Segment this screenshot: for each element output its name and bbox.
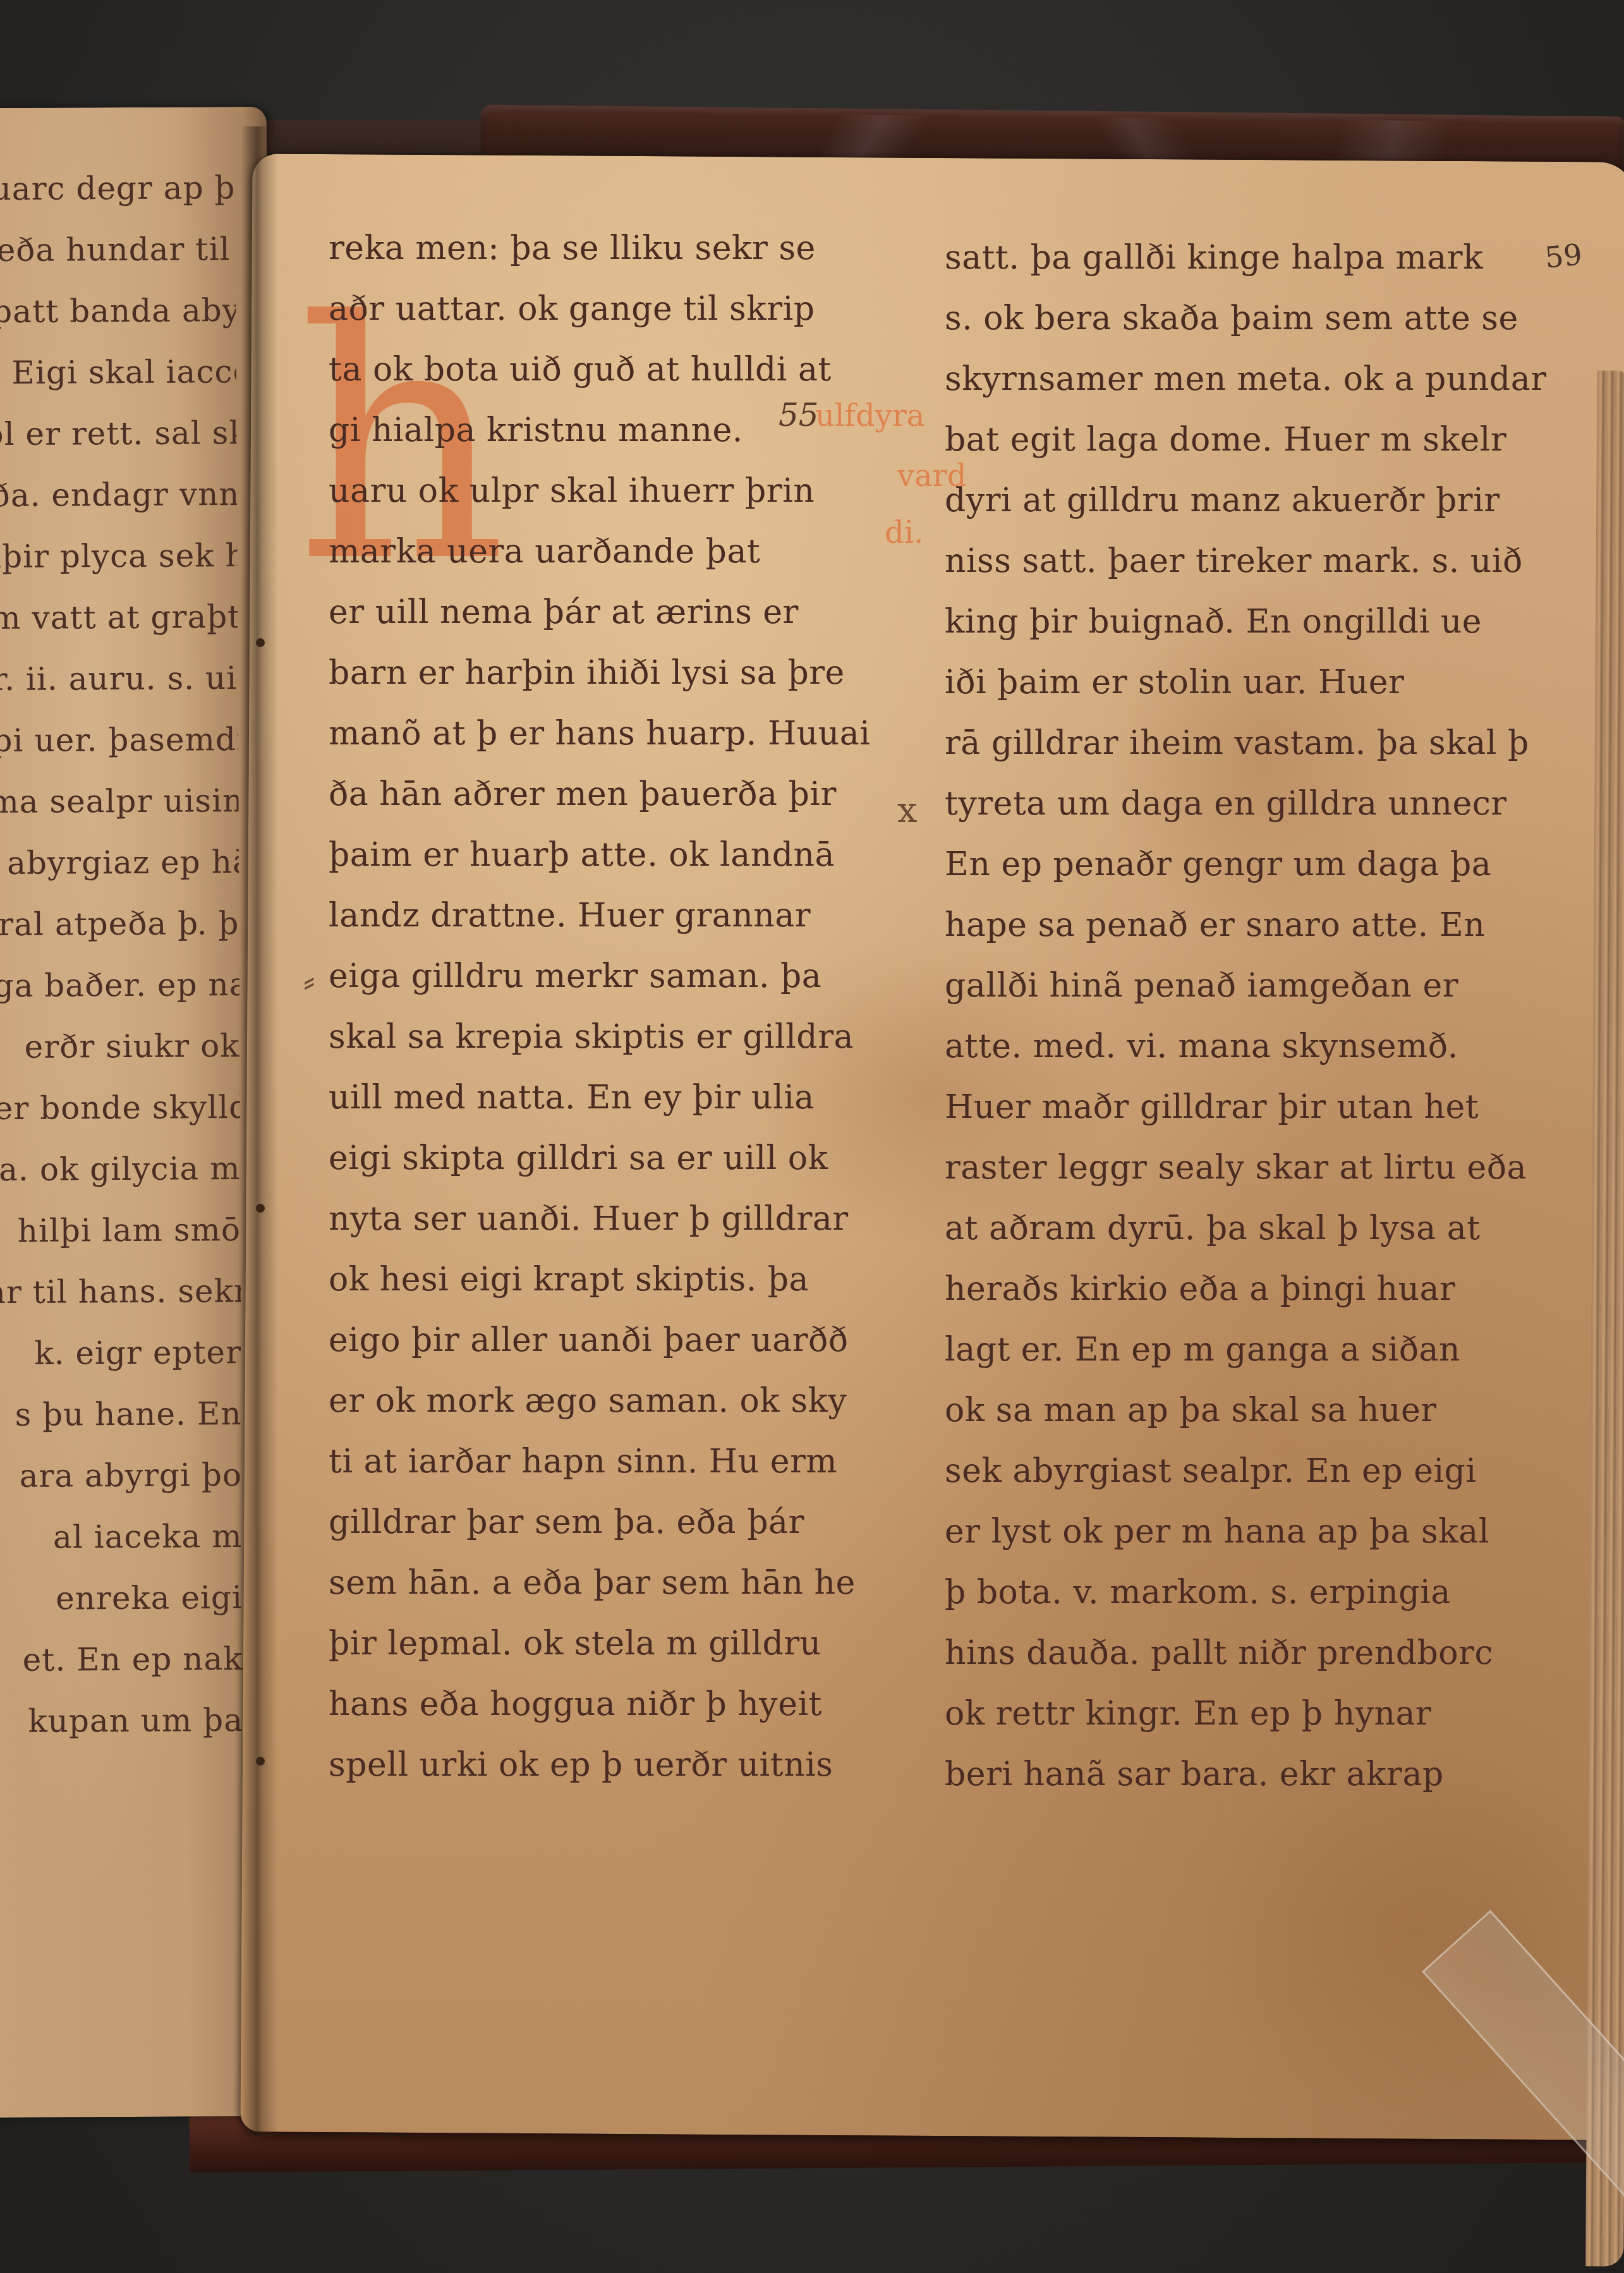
text-line: tyreta um daga en gilldra unnecr xyxy=(945,773,1547,834)
text-line: a. Eigi skal iaccoka m xyxy=(0,341,236,404)
folio-number: 59 xyxy=(1543,237,1584,275)
margin-pen-mark: ⸗ xyxy=(303,961,315,1002)
text-line: marka uera uarðande þat xyxy=(329,521,870,582)
text-line: uaru ok ulpr skal ihuerr þrin xyxy=(329,461,870,521)
text-line: et. En ep nak xyxy=(0,1628,243,1691)
text-line: satt. þa gallði kinge halpa mark xyxy=(945,227,1547,288)
text-line: lagt er. En ep m ganga a siðan xyxy=(945,1319,1547,1380)
text-line: heraðs kirkio eða a þingi huar xyxy=(945,1259,1547,1319)
text-line: i þatt banda abyrgð er xyxy=(0,280,236,342)
text-line: hans eða hoggua niðr þ hyeit xyxy=(329,1674,870,1735)
text-line: a. ok gilycia m xyxy=(0,1138,241,1201)
text-line: niss satt. þaer tireker mark. s. uið xyxy=(945,531,1547,591)
manuscript-scene: huarc degr ap þultir eða hundar til bai … xyxy=(0,0,1624,2273)
text-line: alþir plyca sek hape xyxy=(0,525,238,588)
text-line: skyrnsamer men meta. ok a pundar xyxy=(945,349,1547,409)
chapter-number: 55 xyxy=(779,397,819,433)
text-line: ti at iarðar hapn sinn. Hu erm xyxy=(329,1431,870,1492)
text-line: En ep penaðr gengr um daga þa xyxy=(945,834,1547,895)
text-line: ða hān aðrer men þauerða þir xyxy=(329,764,870,825)
text-line: spell urki ok ep þ uerðr uitnis xyxy=(329,1735,870,1795)
text-line: kr. ii. auru. s. uið ky xyxy=(0,648,238,710)
text-line: aðr uattar. ok gange til skrip xyxy=(329,279,870,339)
text-line: nyta ser uanði. Huer þ gilldrar xyxy=(329,1189,870,1249)
text-line: rma sealpr uisin ñ xyxy=(0,770,239,833)
text-line: gilldrar þar sem þa. eða þár xyxy=(329,1492,870,1553)
text-line: ok rettr kingr. En ep þ hynar xyxy=(945,1683,1547,1744)
text-line: ta ok bota uið guð at hulldi at xyxy=(329,339,870,400)
binding-stitch xyxy=(256,1757,265,1766)
text-line: ok hesi eigi krapt skiptis. þa xyxy=(329,1249,870,1310)
text-line: eigo þir aller uanði þaer uarðð xyxy=(329,1310,870,1371)
text-line: tol er rett. sal skal xyxy=(0,403,237,465)
text-line: hape sa penað er snaro atte. En xyxy=(945,895,1547,955)
text-line: reka men: þa se lliku sekr se xyxy=(329,218,870,279)
text-line: beri hanã sar bara. ekr akrap xyxy=(945,1744,1547,1805)
text-line: at aðram dyrū. þa skal þ lysa at xyxy=(945,1198,1547,1259)
text-line: rā gilldrar iheim vastam. þa skal þ xyxy=(945,713,1547,773)
text-line: ega baðer. ep na xyxy=(0,954,239,1017)
text-line: vm vatt at graþtar xyxy=(0,586,238,649)
text-line: bat egit laga dome. Huer m skelr xyxy=(945,409,1547,470)
rubric-line: ulfdyra xyxy=(815,398,924,433)
rubric-line: di. xyxy=(885,515,923,550)
text-line: s. ok bera skaða þaim sem atte se xyxy=(945,288,1547,349)
text-line: epi uer. þasemdir xyxy=(0,709,238,772)
binding-stitch xyxy=(256,638,265,647)
text-line: þ bota. v. markom. s. erpingia xyxy=(945,1562,1547,1623)
text-line: gallði hinã penað iamgeðan er xyxy=(945,955,1547,1016)
text-line: þaim er huarþ atte. ok landnā xyxy=(329,825,870,885)
text-line: s þu hane. En xyxy=(0,1383,242,1446)
text-line: er lyst ok per m hana ap þa skal xyxy=(945,1501,1547,1562)
text-line: aer bonde skylldr xyxy=(0,1077,240,1139)
text-line: ara abyrgi þo xyxy=(0,1445,242,1507)
text-line: er uill nema þár at ærins er xyxy=(329,582,870,643)
text-line: Huer maðr gilldrar þir utan het xyxy=(945,1077,1547,1137)
text-line: atte. med. vi. mana skynsemð. xyxy=(945,1016,1547,1077)
text-line: hins dauða. pallt niðr prendborc xyxy=(945,1623,1547,1683)
text-column-b: satt. þa gallði kinge halpa marks. ok be… xyxy=(945,227,1547,1805)
text-line: r eða hundar til ba xyxy=(0,219,236,281)
gutter xyxy=(240,126,278,2136)
text-line: ok sa man ap þa skal sa huer xyxy=(945,1380,1547,1441)
text-line: aða. endagr vnnu xyxy=(0,464,237,526)
binding-stitch xyxy=(256,1204,265,1213)
text-line: sem hān. a eða þar sem hān he xyxy=(329,1553,870,1613)
text-line: raster leggr sealy skar at lirtu eða xyxy=(945,1137,1547,1198)
text-line: rral atpeða þ. þ xyxy=(0,893,239,955)
margin-cross-mark: x xyxy=(897,790,918,831)
text-line: skal sa krepia skiptis er gilldra xyxy=(329,1007,870,1067)
text-line: barn er harþin ihiði lysi sa þre xyxy=(329,643,870,703)
text-line: eiga gilldru merkr saman. þa xyxy=(329,946,870,1007)
text-line: r. abyrgiaz ep hān xyxy=(0,832,239,894)
text-line: huarc degr ap þulti xyxy=(0,157,236,220)
rubric-line: vard xyxy=(897,458,966,494)
text-line: dyri at gilldru manz akuerðr þrir xyxy=(945,470,1547,531)
text-line: uill med natta. En ey þir ulia xyxy=(329,1067,870,1128)
text-line: mr til hans. sekr xyxy=(0,1261,241,1323)
text-line: enreka eigi xyxy=(0,1567,243,1630)
text-line: eigi skipta gilldri sa er uill ok xyxy=(329,1128,870,1189)
text-line: þir lepmal. ok stela m gilldru xyxy=(329,1613,870,1674)
text-line: k. eigr epter xyxy=(0,1322,241,1385)
verso-text-column: huarc degr ap þultir eða hundar til bai … xyxy=(0,157,243,1752)
text-line: landz drattne. Huer grannar xyxy=(329,885,870,946)
verso-page: huarc degr ap þultir eða hundar til bai … xyxy=(0,107,277,2118)
text-line: al iaceka m xyxy=(0,1506,243,1568)
text-line: erðr siukr ok xyxy=(0,1015,240,1078)
text-line: kupan um þa xyxy=(0,1690,243,1752)
text-line: er ok mork ægo saman. ok sky xyxy=(329,1371,870,1431)
text-line: king þir buignað. En ongilldi ue xyxy=(945,591,1547,652)
text-line: manõ at þ er hans huarp. Huuai xyxy=(329,703,870,764)
text-line: hilþi lam smō xyxy=(0,1199,241,1262)
text-line: iði þaim er stolin uar. Huer xyxy=(945,652,1547,713)
text-line: sek abyrgiast sealpr. En ep eigi xyxy=(945,1441,1547,1501)
text-column-a: reka men: þa se lliku sekr seaðr uattar.… xyxy=(329,218,870,1795)
